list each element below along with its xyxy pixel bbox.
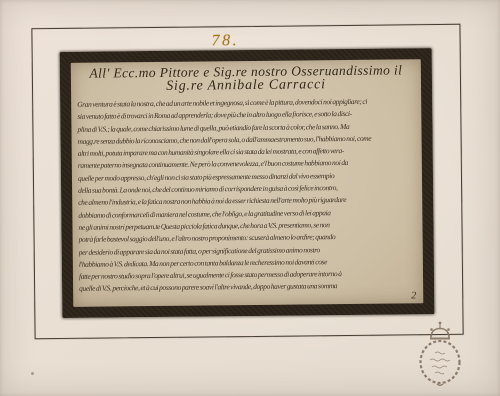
woodcut-frame: All' Ecc.mo Pittore e Sig.re nostro Osse… — [60, 48, 435, 318]
letter-body-line: quelle di V.S. percioche, et à cui posso… — [79, 280, 419, 296]
crowned-oval-collection-stamp-icon — [416, 320, 466, 388]
folio-number: 78. — [211, 32, 239, 50]
letter-paper: All' Ecc.mo Pittore e Sig.re nostro Osse… — [71, 59, 424, 307]
page-number: 2 — [411, 290, 416, 301]
paper-speck — [31, 372, 34, 375]
photo-background: 78. All' Ecc.mo Pittore e Sig.re nostro … — [0, 0, 500, 396]
letter-body: Gran ventura è stata la nostra, che ad u… — [77, 95, 419, 295]
crown-icon — [430, 322, 450, 339]
